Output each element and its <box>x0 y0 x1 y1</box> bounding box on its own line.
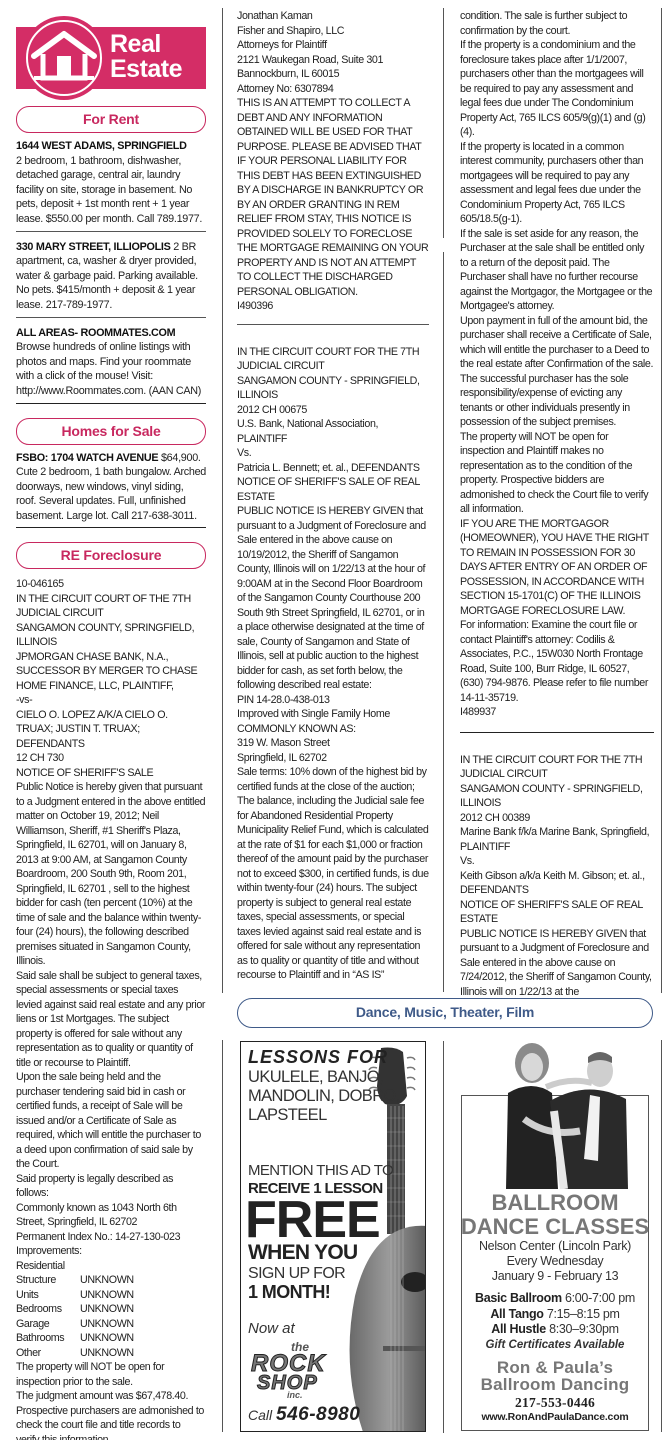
real-estate-logo: Real Estate <box>16 14 206 100</box>
column-rule-1 <box>222 8 223 993</box>
free-text: FREE <box>245 1194 380 1246</box>
improvement-row: UnitsUNKNOWN <box>16 1288 206 1303</box>
classified-ad: FSBO: 1704 WATCH AVENUE $64,900. Cute 2 … <box>16 451 206 529</box>
column-rule-lower-1 <box>222 1040 223 1432</box>
section-header-re-foreclosure: RE Foreclosure <box>16 542 206 569</box>
lessons-for-heading: LESSONS FOR <box>248 1047 388 1068</box>
column-legal-2: Jonathan Kaman Fisher and Shapiro, LLC A… <box>237 9 429 983</box>
dancing-couple-photo <box>488 1041 628 1189</box>
divider <box>460 732 654 733</box>
column-rule-right <box>661 8 662 993</box>
logo-title: Real Estate <box>110 32 182 82</box>
column-rule-2 <box>443 8 444 238</box>
ballroom-brand: Ron & Paula’s Ballroom Dancing <box>460 1359 650 1393</box>
class-row: All Tango 7:15–8:15 pm <box>460 1307 650 1323</box>
ballroom-website[interactable]: www.RonAndPaulaDance.com <box>460 1411 650 1423</box>
rock-shop-logo: the ROCK SHOP inc. <box>247 1340 347 1402</box>
ballroom-phone: 217-553-0446 <box>460 1395 650 1411</box>
gift-certificates: Gift Certificates Available <box>460 1339 650 1351</box>
improvements-table: StructureUNKNOWN UnitsUNKNOWN BedroomsUN… <box>16 1273 206 1360</box>
column-real-estate: Real Estate For Rent 1644 WEST ADAMS, SP… <box>16 0 206 1440</box>
ballroom-dance-ad: BALLROOM DANCE CLASSES Nelson Center (Li… <box>460 1041 654 1434</box>
class-row: Basic Ballroom 6:00-7:00 pm <box>460 1291 650 1307</box>
mention-text: MENTION THIS AD TO <box>248 1162 393 1180</box>
ballroom-headline: BALLROOM DANCE CLASSES <box>460 1191 650 1239</box>
column-rule-lower-right <box>661 1040 662 1432</box>
call-phone: Call 546-8980 <box>248 1404 360 1426</box>
rock-shop-ad: LESSONS FOR UKULELE, BANJO, MANDOLIN, DO… <box>240 1041 426 1432</box>
improvement-row: BedroomsUNKNOWN <box>16 1302 206 1317</box>
legal-notice-text: IN THE CIRCUIT COURT FOR THE 7TH JUDICIA… <box>237 345 429 983</box>
column-rule-2b <box>443 252 444 992</box>
legal-notice-text: Jonathan Kaman Fisher and Shapiro, LLC A… <box>237 9 429 314</box>
legal-notice-text: condition. The sale is further subject t… <box>460 9 654 720</box>
section-header-for-rent: For Rent <box>16 106 206 133</box>
section-header-dance: Dance, Music, Theater, Film <box>237 998 653 1028</box>
class-row: All Hustle 8:30–9:30pm <box>460 1322 650 1338</box>
class-schedule: Basic Ballroom 6:00-7:00 pm All Tango 7:… <box>460 1291 650 1338</box>
section-header-homes-for-sale: Homes for Sale <box>16 418 206 445</box>
divider <box>237 324 429 325</box>
classified-ad: 1644 WEST ADAMS, SPRINGFIELD2 bedroom, 1… <box>16 139 206 232</box>
column-rule-lower-2 <box>443 1041 444 1433</box>
classified-ad: ALL AREAS- ROOMMATES.COM Browse hundreds… <box>16 326 206 404</box>
legal-notice-text: IN THE CIRCUIT COURT FOR THE 7TH JUDICIA… <box>460 753 654 1000</box>
improvement-row: BathroomsUNKNOWN <box>16 1331 206 1346</box>
improvement-row: GarageUNKNOWN <box>16 1317 206 1332</box>
legal-notice-text: 10-046165 IN THE CIRCUIT COURT OF THE 7T… <box>16 577 206 1273</box>
column-legal-3: condition. The sale is further subject t… <box>460 9 654 999</box>
improvement-row: OtherUNKNOWN <box>16 1346 206 1361</box>
now-at-text: Now at <box>248 1320 295 1337</box>
improvement-row: StructureUNKNOWN <box>16 1273 206 1288</box>
classified-ad: 330 MARY STREET, ILLIOPOLIS 2 BR apartme… <box>16 240 206 318</box>
class-location: Nelson Center (Lincoln Park) Every Wedne… <box>460 1239 650 1284</box>
legal-notice-text: The property will NOT be open for inspec… <box>16 1360 206 1440</box>
instruments-list: UKULELE, BANJO, MANDOLIN, DOBRO, LAPSTEE… <box>248 1068 400 1125</box>
when-you-text: WHEN YOU <box>248 1242 358 1264</box>
sign-up-text: SIGN UP FOR <box>248 1264 345 1283</box>
house-icon <box>30 28 98 84</box>
one-month-text: 1 MONTH! <box>248 1282 330 1302</box>
